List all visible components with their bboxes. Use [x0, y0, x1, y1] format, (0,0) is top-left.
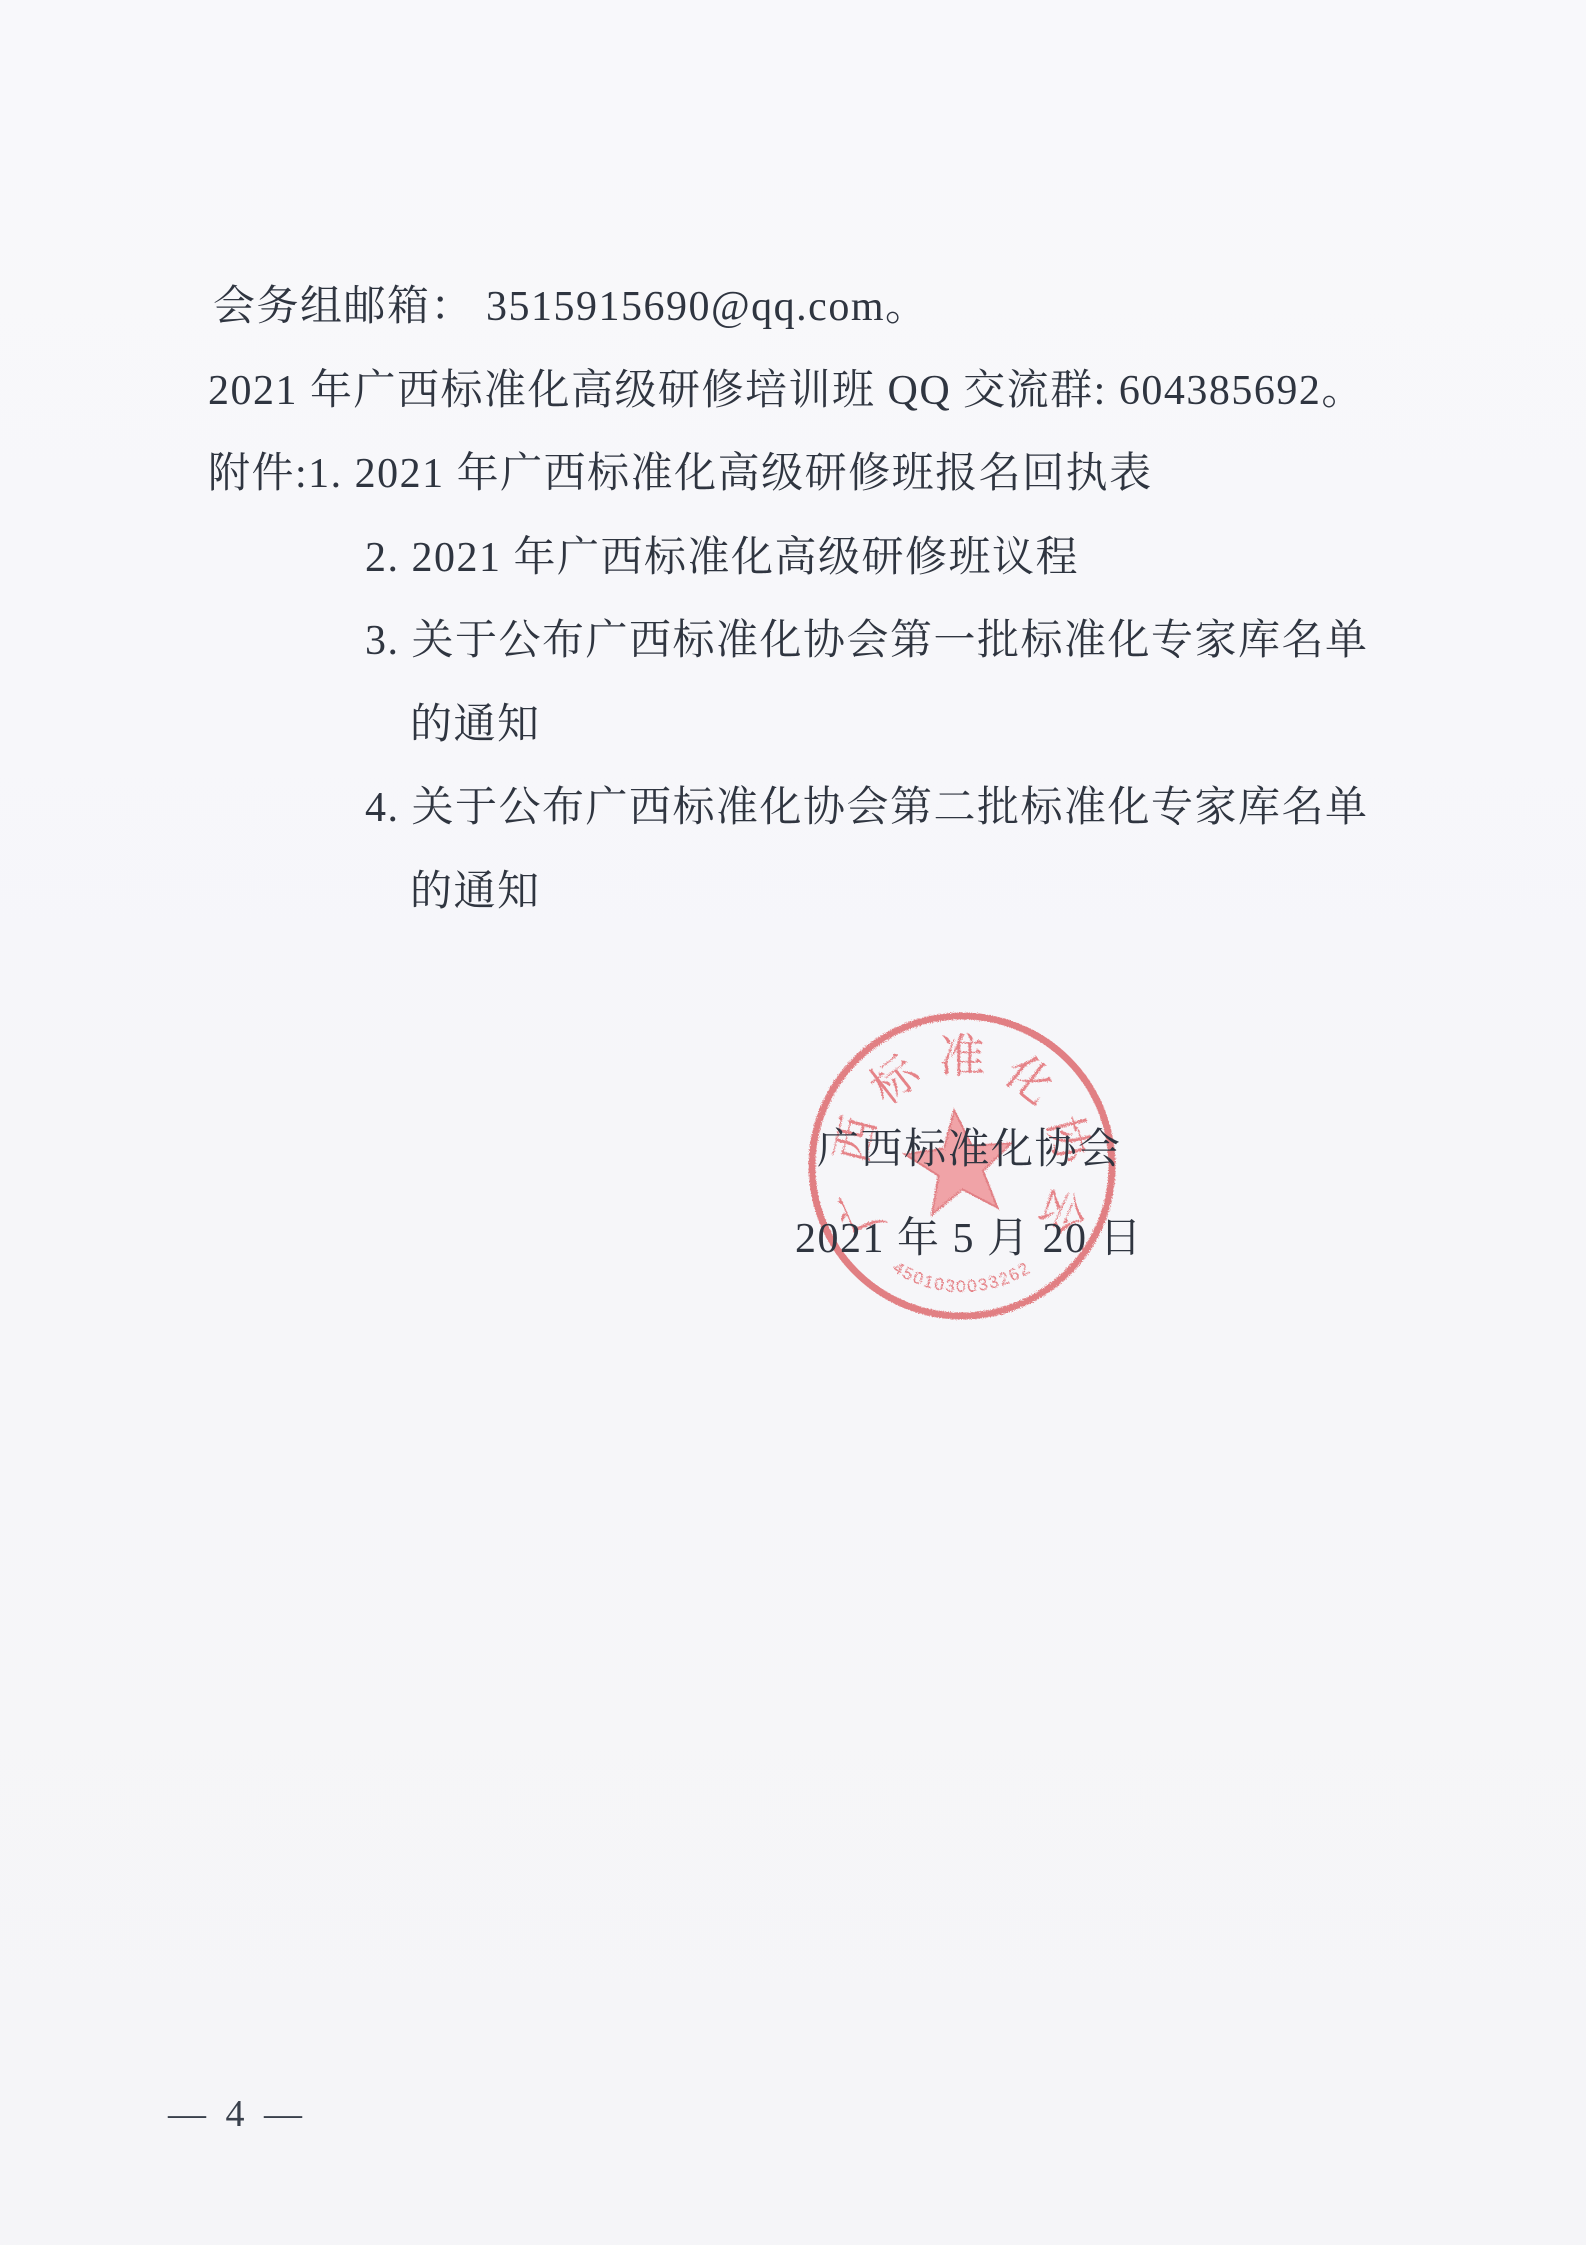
- doc-line-attachment-3: 3. 关于公布广西标准化协会第一批标准化专家库名单: [365, 617, 1369, 665]
- svg-text:化: 化: [996, 1045, 1064, 1114]
- signature-date: 2021 年 5 月 20 日: [795, 1205, 1143, 1265]
- doc-line-attachment-4: 4. 关于公布广西标准化协会第二批标准化专家库名单: [365, 784, 1369, 832]
- svg-text:准: 准: [939, 1031, 985, 1082]
- doc-line-attachment-2: 2. 2021 年广西标准化高级研修班议程: [365, 534, 1079, 582]
- doc-line-email: 会务组邮箱： 3515915690@qq.com。: [213, 283, 929, 331]
- doc-line-attachment-1: 附件:1. 2021 年广西标准化高级研修班报名回执表: [208, 450, 1153, 498]
- page-number: — 4 —: [168, 2092, 307, 2136]
- svg-text:标: 标: [861, 1044, 930, 1114]
- doc-line-attachment-3-cont: 的通知: [410, 701, 541, 749]
- signature-organization: 广西标准化协会: [817, 1116, 1122, 1176]
- doc-line-attachment-4-cont: 的通知: [410, 868, 541, 916]
- document-page: 会务组邮箱： 3515915690@qq.com。 2021 年广西标准化高级研…: [0, 0, 1586, 2245]
- doc-line-qq-group: 2021 年广西标准化高级研修培训班 QQ 交流群: 604385692。: [208, 367, 1365, 415]
